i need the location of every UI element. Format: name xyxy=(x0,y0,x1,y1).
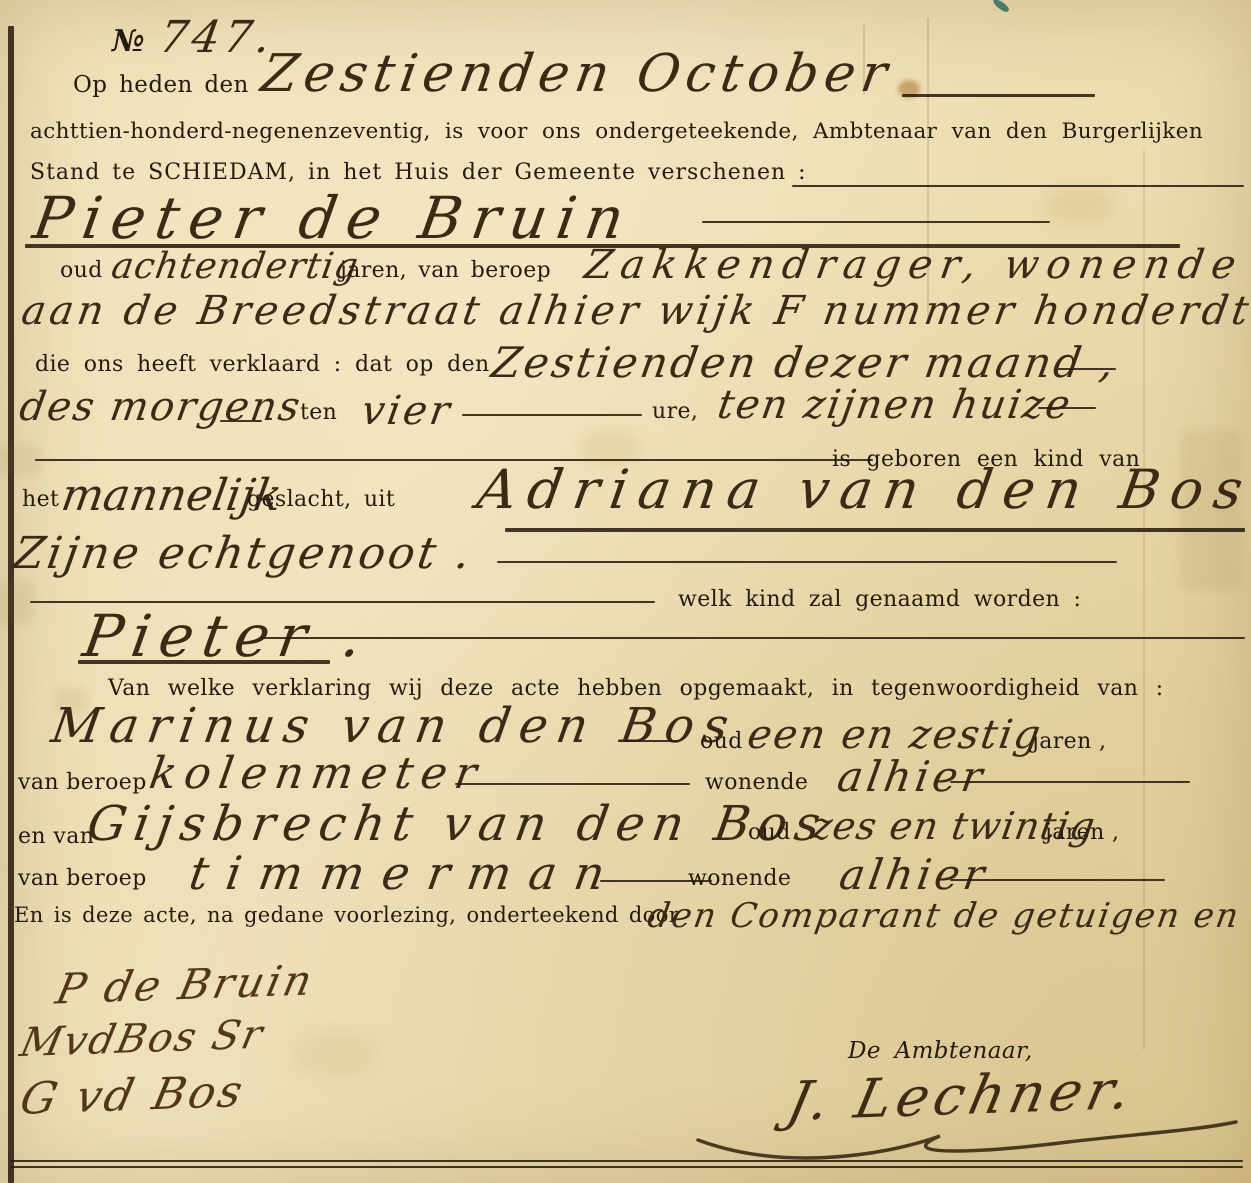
witness2-name: Gijsbrecht van den Bos xyxy=(84,796,833,852)
dash-fill xyxy=(950,879,1165,881)
child-name-underline xyxy=(78,660,330,664)
paper-stain xyxy=(290,1030,380,1080)
birth-place-entry: ten zijnen huize xyxy=(714,382,1075,428)
blank-line xyxy=(497,561,1117,563)
blank-line xyxy=(792,185,1244,187)
official-title: De Ambtenaar, xyxy=(848,1038,1033,1064)
bottom-rule xyxy=(10,1166,1243,1168)
label-van-beroep-w1: van beroep xyxy=(18,770,147,795)
declarant-name: Pieter de Bruin xyxy=(29,184,639,252)
green-pen-mark xyxy=(992,0,1010,14)
paper-stain xyxy=(1045,185,1115,225)
label-van-beroep-w2: van beroep xyxy=(18,866,147,891)
closing-printed: En is deze acte, na gedane voorlezing, o… xyxy=(14,903,679,927)
dash-fill xyxy=(624,740,679,742)
declarant-age: achtendertig xyxy=(109,246,362,287)
year-line: achttien-honderd-negenenzeventig, is voo… xyxy=(30,119,1203,144)
label-jaren-beroep: jaren, van beroep xyxy=(340,258,551,283)
witness1-name: Marinus van den Bos xyxy=(48,698,742,754)
dash-fill xyxy=(262,637,1245,639)
birth-hour-entry: vier xyxy=(358,388,455,434)
dash-fill xyxy=(220,420,262,422)
declarant-occupation: Zakkendrager, wonende xyxy=(581,242,1247,288)
dash-fill xyxy=(950,781,1190,783)
dash-fill xyxy=(702,221,1050,223)
opening-label: Op heden den xyxy=(73,72,249,98)
closing-handwritten: den Comparant de getuigen en ons xyxy=(645,896,1251,936)
date-entry: Zestienden October xyxy=(257,44,897,104)
signature-declarant: P de Bruin xyxy=(52,956,320,1014)
declaration-label: die ons heeft verklaard : dat op den xyxy=(35,352,490,377)
declarant-address: aan de Breedstraat alhier wijk F nummer … xyxy=(18,288,1251,334)
label-ure: ure, xyxy=(652,399,698,424)
label-wonende-w2: wonende xyxy=(688,866,791,891)
dash-fill xyxy=(1058,368,1116,370)
bottom-rule xyxy=(10,1160,1243,1162)
dash-fill xyxy=(455,783,690,785)
label-wonende-w1: wonende xyxy=(705,770,808,795)
witness2-occupation: timmerman xyxy=(186,846,627,900)
act-number-sign: № xyxy=(112,24,145,59)
spouse-entry: Zijne echtgenoot . xyxy=(10,528,477,579)
birth-date-entry: Zestienden dezer maand , xyxy=(488,338,1120,387)
time-of-day-entry: des morgens xyxy=(16,384,305,430)
label-oud-w2: oud xyxy=(748,820,791,845)
mother-name-underline xyxy=(505,528,1245,532)
signature-witness2: G vd Bos xyxy=(16,1066,250,1125)
signature-witness1: MvdBos Sr xyxy=(16,1012,268,1066)
witness1-residence: alhier xyxy=(834,752,990,801)
bleed-through xyxy=(0,580,34,624)
label-geslacht-uit: geslacht, uit xyxy=(247,487,395,512)
witness1-occupation: kolenmeter xyxy=(146,748,488,799)
act-number: 747. xyxy=(156,12,278,63)
welk-kind-label: welk kind zal genaamd worden : xyxy=(678,587,1081,612)
birth-certificate-scan: № 747. Op heden den Zestienden October a… xyxy=(0,0,1251,1183)
dash-fill xyxy=(1038,407,1096,409)
witness2-residence: alhier xyxy=(836,850,992,899)
label-ten: ten xyxy=(300,400,337,425)
signature-flourish xyxy=(688,1092,1248,1162)
label-jaren-w2: jaren , xyxy=(1045,820,1119,845)
dash-fill xyxy=(902,94,1095,97)
label-jaren-w1: jaren , xyxy=(1032,729,1106,754)
label-oud: oud xyxy=(60,258,103,283)
label-en-van: en van xyxy=(18,824,94,849)
label-het: het xyxy=(22,487,59,512)
dash-fill xyxy=(462,414,642,416)
mother-name: Adriana van den Bos xyxy=(473,458,1251,521)
label-oud-w1: oud xyxy=(700,729,743,754)
stand-line: Stand te SCHIEDAM, in het Huis der Gemee… xyxy=(30,160,807,185)
